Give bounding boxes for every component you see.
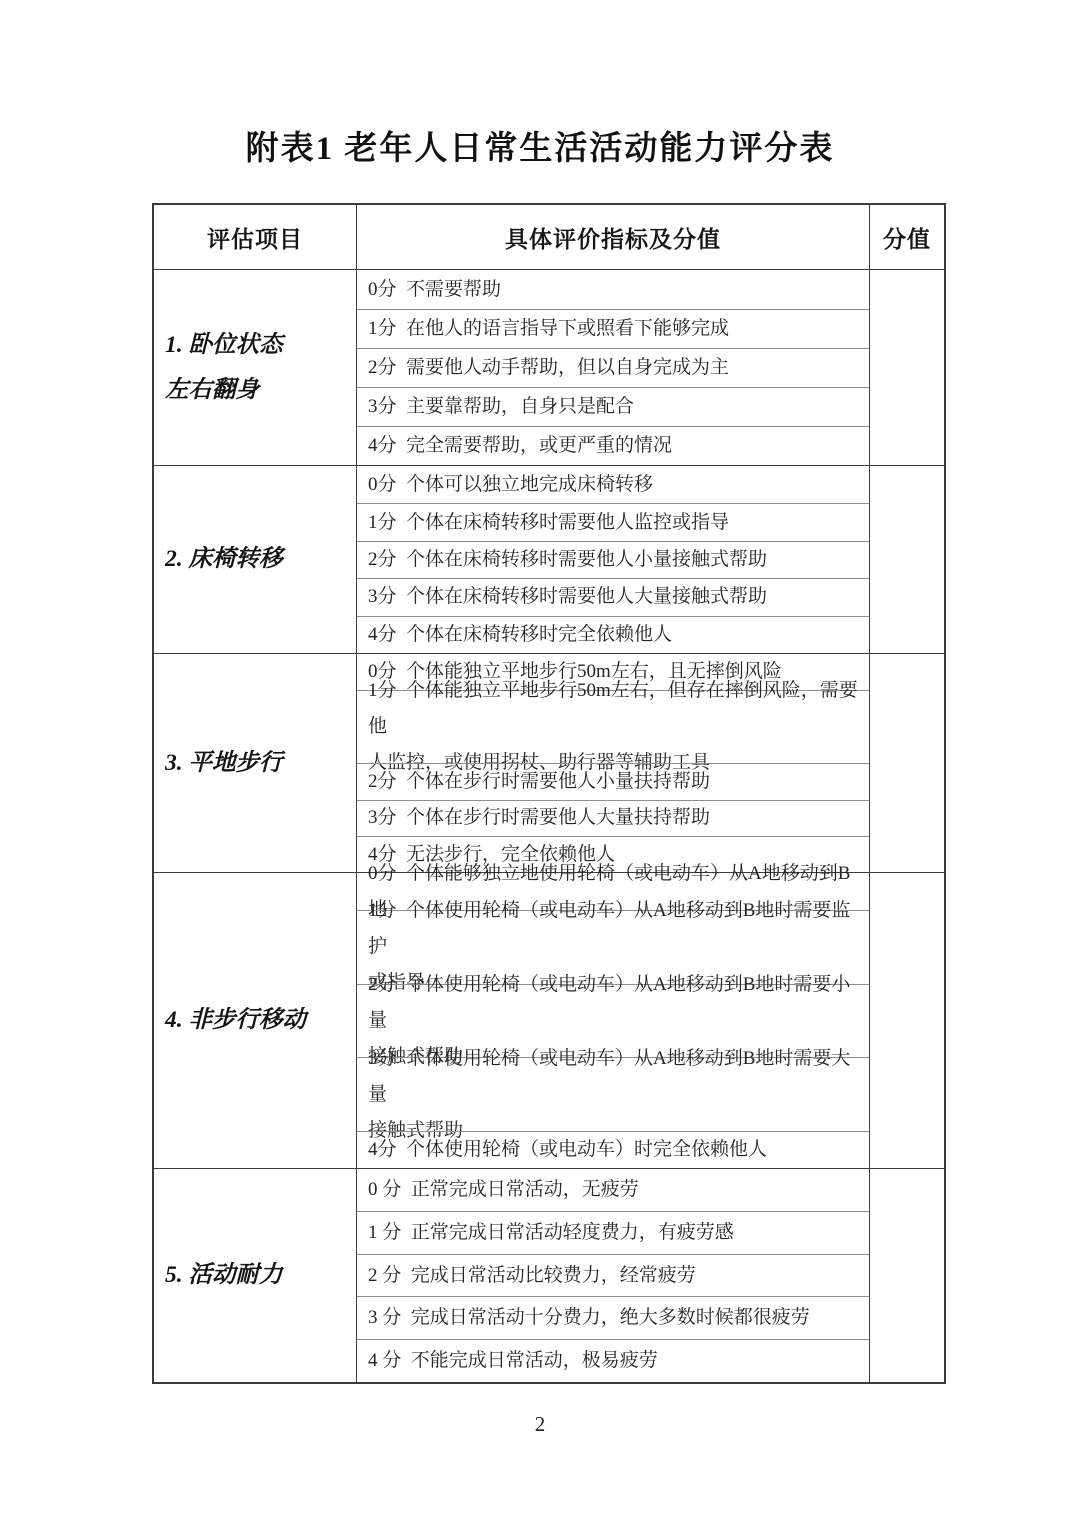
table-header-row: 评估项目 具体评价指标及分值 分值 xyxy=(154,205,944,269)
score-cell xyxy=(870,270,944,465)
table-section-bed-chair-transfer: 2. 床椅转移 0分 个体可以独立地完成床椅转移 1分 个体在床椅转移时需要他人… xyxy=(154,465,944,653)
table-section-level-walking: 3. 平地步行 0分 个体能独立平地步行50m左右，且无摔倒风险 1分 个体能独… xyxy=(154,653,944,872)
score-cell xyxy=(870,466,944,653)
indicator-row: 0分 不需要帮助 xyxy=(357,270,869,309)
indicator-row: 0 分 正常完成日常活动，无疲劳 xyxy=(357,1169,869,1212)
table-section-non-walking-movement: 4. 非步行移动 0分 个体能够独立地使用轮椅（或电动车）从A地移动到B地 1分… xyxy=(154,872,944,1167)
indicator-row: 1分 个体能独立平地步行50m左右，但存在摔倒风险，需要他 人监控，或使用拐杖、… xyxy=(357,690,869,763)
indicator-rows: 0分 个体能独立平地步行50m左右，且无摔倒风险 1分 个体能独立平地步行50m… xyxy=(357,654,870,872)
scoring-table: 评估项目 具体评价指标及分值 分值 1. 卧位状态 左右翻身 0分 不需要帮助 … xyxy=(152,203,946,1384)
indicator-row: 3分 个体使用轮椅（或电动车）从A地移动到B地时需要大量 接触式帮助 xyxy=(357,1057,869,1131)
indicator-rows: 0分 个体能够独立地使用轮椅（或电动车）从A地移动到B地 1分 个体使用轮椅（或… xyxy=(357,873,870,1167)
indicator-row: 4分 个体使用轮椅（或电动车）时完全依赖他人 xyxy=(357,1131,869,1168)
indicator-row: 1分 个体在床椅转移时需要他人监控或指导 xyxy=(357,503,869,540)
page-title: 附表1 老年人日常生活活动能力评分表 xyxy=(0,122,1080,169)
section-label: 3. 平地步行 xyxy=(154,654,357,872)
indicator-row: 4分 完全需要帮助，或更严重的情况 xyxy=(357,426,869,465)
page-number: 2 xyxy=(0,1412,1080,1437)
table-header-score: 分值 xyxy=(870,205,944,269)
indicator-row: 3分 个体在床椅转移时需要他人大量接触式帮助 xyxy=(357,578,869,615)
table-header-indicator: 具体评价指标及分值 xyxy=(357,205,870,269)
indicator-row: 0分 个体可以独立地完成床椅转移 xyxy=(357,466,869,503)
section-label: 1. 卧位状态 左右翻身 xyxy=(154,270,357,465)
score-cell xyxy=(870,654,944,872)
indicator-row: 1分 在他人的语言指导下或照看下能够完成 xyxy=(357,309,869,348)
indicator-row: 2分 需要他人动手帮助，但以自身完成为主 xyxy=(357,348,869,387)
indicator-row: 3分 主要靠帮助，自身只是配合 xyxy=(357,387,869,426)
score-cell xyxy=(870,873,944,1167)
section-label: 4. 非步行移动 xyxy=(154,873,357,1167)
table-header-item: 评估项目 xyxy=(154,205,357,269)
section-label: 2. 床椅转移 xyxy=(154,466,357,653)
indicator-row: 2分 个体在步行时需要他人小量扶持帮助 xyxy=(357,763,869,799)
indicator-row: 1 分 正常完成日常活动轻度费力，有疲劳感 xyxy=(357,1211,869,1254)
indicator-row: 4 分 不能完成日常活动，极易疲劳 xyxy=(357,1339,869,1382)
indicator-rows: 0分 不需要帮助 1分 在他人的语言指导下或照看下能够完成 2分 需要他人动手帮… xyxy=(357,270,870,465)
indicator-row: 3 分 完成日常活动十分费力，绝大多数时候都很疲劳 xyxy=(357,1296,869,1339)
indicator-row: 3分 个体在步行时需要他人大量扶持帮助 xyxy=(357,800,869,836)
indicator-row: 2 分 完成日常活动比较费力，经常疲劳 xyxy=(357,1254,869,1297)
score-cell xyxy=(870,1169,944,1382)
table-section-lying-turning: 1. 卧位状态 左右翻身 0分 不需要帮助 1分 在他人的语言指导下或照看下能够… xyxy=(154,269,944,465)
indicator-rows: 0分 个体可以独立地完成床椅转移 1分 个体在床椅转移时需要他人监控或指导 2分… xyxy=(357,466,870,653)
indicator-row: 4分 个体在床椅转移时完全依赖他人 xyxy=(357,616,869,653)
section-label: 5. 活动耐力 xyxy=(154,1169,357,1382)
indicator-row: 2分 个体在床椅转移时需要他人小量接触式帮助 xyxy=(357,541,869,578)
indicator-rows: 0 分 正常完成日常活动，无疲劳 1 分 正常完成日常活动轻度费力，有疲劳感 2… xyxy=(357,1169,870,1382)
table-section-activity-endurance: 5. 活动耐力 0 分 正常完成日常活动，无疲劳 1 分 正常完成日常活动轻度费… xyxy=(154,1168,944,1382)
